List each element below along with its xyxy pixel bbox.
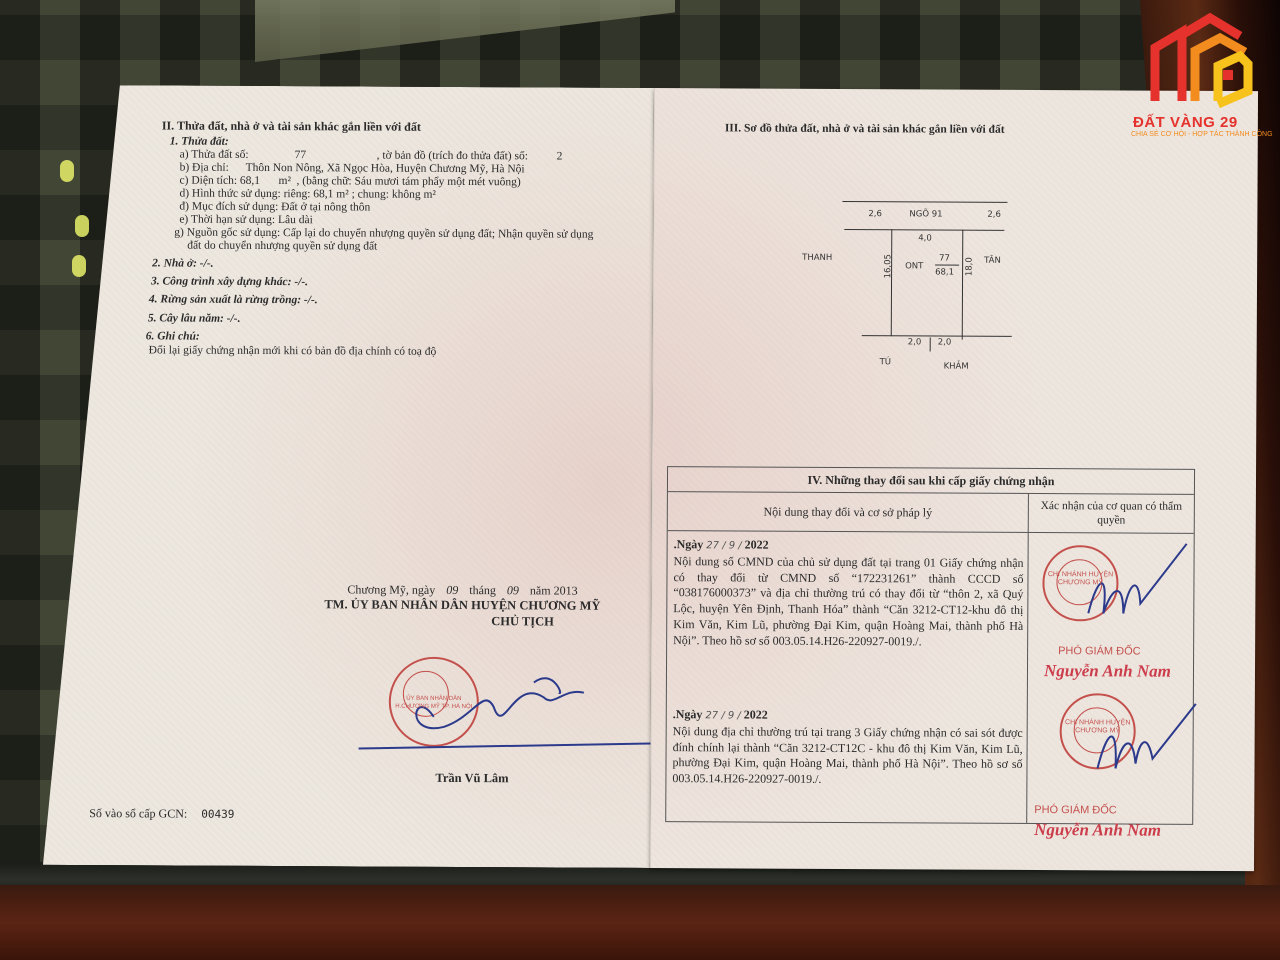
road-width-right: 2,6 (987, 210, 1001, 220)
section-3-title: III. Sơ đồ thửa đất, nhà ở và tài sản kh… (725, 122, 1005, 136)
top-edge-length: 4,0 (918, 233, 932, 243)
signing-day: 09 (446, 583, 458, 597)
signer-position: CHỦ TỊCH (491, 615, 554, 628)
signing-place-date: Chương Mỹ, ngày 09 tháng 09 năm 2013 (347, 583, 577, 597)
year-label: năm 2013 (530, 583, 578, 597)
address-label: b) Địa chỉ: (180, 162, 229, 175)
column-confirm-header: Xác nhận của cơ quan có thẩm quyền (1029, 494, 1194, 533)
entry-date-prefix: .Ngày (674, 537, 704, 551)
bottom-left-length: 2,0 (908, 337, 922, 347)
entry-date-handwritten: 27 / 9 / (706, 540, 741, 551)
road-width-left: 2,6 (868, 209, 882, 219)
change-entry: .Ngày 27 / 9 / 2022 Nội dung số CMND của… (673, 537, 1024, 650)
neighbor-east: TÂN (984, 256, 1001, 266)
section-2-title: II. Thửa đất, nhà ở và tài sản khác gắn … (162, 119, 421, 133)
confirm-name: Nguyễn Anh Nam (1044, 661, 1171, 682)
perennial-trees-item: 5. Cây lâu năm: -/-. (148, 312, 241, 325)
certificate-right-page: III. Sơ đồ thửa đất, nhà ở và tài sản kh… (650, 88, 1258, 871)
registry-number: 00439 (201, 808, 234, 821)
land-type-code: ONT (905, 261, 923, 271)
director-signature (1068, 533, 1189, 644)
notes-text: Đổi lại giấy chứng nhận mới khi có bản đ… (149, 344, 437, 359)
column-content-header: Nội dung thay đổi và cơ sở pháp lý (668, 492, 1029, 532)
month-label: tháng (469, 583, 496, 597)
production-forest-item: 4. Rừng sản xuất là rừng trồng: -/-. (149, 293, 318, 307)
signer-name: Trần Vũ Lâm (435, 772, 508, 785)
entry-year: 2022 (744, 707, 768, 721)
area-label: c) Diện tích: 68,1 (180, 175, 261, 188)
confirm-title: PHÓ GIÁM ĐỐC (1058, 645, 1141, 657)
house-item: 2. Nhà ở: -/-. (152, 257, 214, 270)
changes-content-cell: .Ngày 27 / 9 / 2022 Nội dung số CMND của… (666, 531, 1029, 823)
notes-heading: 6. Ghi chú: (146, 330, 200, 343)
section-4-title: IV. Những thay đổi sau khi cấp giấy chứn… (668, 467, 1194, 495)
road-label: NGÕ 91 (909, 209, 942, 219)
chairman-signature (354, 666, 684, 763)
brand-tagline: CHIA SẺ CƠ HỘI - HỢP TÁC THÀNH CÔNG (1131, 131, 1273, 138)
land-use-certificate: II. Thửa đất, nhà ở và tài sản khác gắn … (43, 85, 1257, 871)
bottom-right-length: 2,0 (938, 338, 952, 348)
right-edge-length: 18,0 (965, 257, 975, 276)
area-in-words: , (bằng chữ: Sáu mươi tám phẩy một mét v… (297, 175, 521, 189)
other-construction-item: 3. Công trình xây dựng khác: -/-. (151, 275, 308, 289)
sketch-parcel-number: 77 (939, 254, 950, 264)
entry-text: Nội dung địa chỉ thường trú tại trang 3 … (672, 724, 1022, 786)
left-edge-length: 16,05 (883, 254, 893, 278)
director-signature (1077, 683, 1198, 794)
entry-date-prefix: .Ngày (673, 707, 703, 721)
place-date-label: Chương Mỹ, ngày (347, 582, 435, 596)
brand-name: ĐẤT VÀNG 29 (1133, 114, 1238, 131)
changes-table-header: Nội dung thay đổi và cơ sở pháp lý Xác n… (668, 492, 1194, 534)
seal-text: ỦY BAN NHÂN DÂN H.CHƯƠNG MỸ TP. HÀ NỘI (391, 695, 477, 711)
changes-table-body: .Ngày 27 / 9 / 2022 Nội dung số CMND của… (666, 531, 1194, 824)
area-unit: m² (279, 175, 291, 188)
neighbor-south-left: TÚ (880, 357, 891, 367)
issuing-authority: TM. ỦY BAN NHÂN DÂN HUYỆN CHƯƠNG MỸ (324, 598, 600, 612)
sketch-area: 68,1 (935, 267, 954, 277)
changes-table: IV. Những thay đổi sau khi cấp giấy chứn… (665, 466, 1195, 825)
signing-month: 09 (507, 583, 519, 597)
wooden-table-edge (0, 885, 1280, 960)
map-sheet-label: , tờ bản đồ (trích đo thửa đất) số: (377, 150, 528, 164)
parcel-number: 77 (295, 149, 307, 162)
entry-text: Nội dung số CMND của chủ sử dụng đất tại… (673, 554, 1023, 648)
map-sheet-number: 2 (557, 151, 563, 164)
registry-label: Số vào sổ cấp GCN: (89, 807, 187, 821)
seal-text: CHI NHÁNH HUYỆN CHƯƠNG MỸ (1044, 571, 1116, 587)
confirm-title: PHÓ GIÁM ĐỐC (1034, 804, 1117, 816)
seal-text: CHI NHÁNH HUYỆN CHƯƠNG MỸ (1062, 719, 1134, 735)
entry-year: 2022 (745, 537, 769, 551)
usage-form: d) Hình thức sử dụng: riêng: 68,1 m² ; c… (179, 188, 435, 202)
parcel-sketch: 2,6 NGÕ 91 2,6 4,0 THANH 16,05 ONT 77 68… (842, 201, 1013, 372)
certificate-left-page: II. Thửa đất, nhà ở và tài sản khác gắn … (43, 85, 654, 868)
entry-date-handwritten: 27 / 9 / (705, 710, 740, 721)
change-entry: .Ngày 27 / 9 / 2022 Nội dung địa chỉ thư… (672, 707, 1022, 789)
land-purpose: đ) Mục đích sử dụng: Đất ở tại nông thôn (179, 201, 370, 215)
usage-term: e) Thời hạn sử dụng: Lâu dài (179, 214, 313, 228)
parcel-label: a) Thửa đất số: (180, 149, 249, 162)
confirm-name: Nguyễn Anh Nam (1034, 820, 1161, 841)
neighbor-west: THANH (802, 253, 832, 263)
changes-confirm-cell: CHI NHÁNH HUYỆN CHƯƠNG MỸ PHÓ GIÁM ĐỐC N… (1027, 533, 1194, 824)
origin-line-2: đất do chuyển nhượng quyền sử dụng đất (187, 240, 377, 254)
neighbor-south-right: KHẢM (944, 362, 969, 372)
land-heading: 1. Thửa đất: (170, 135, 229, 148)
